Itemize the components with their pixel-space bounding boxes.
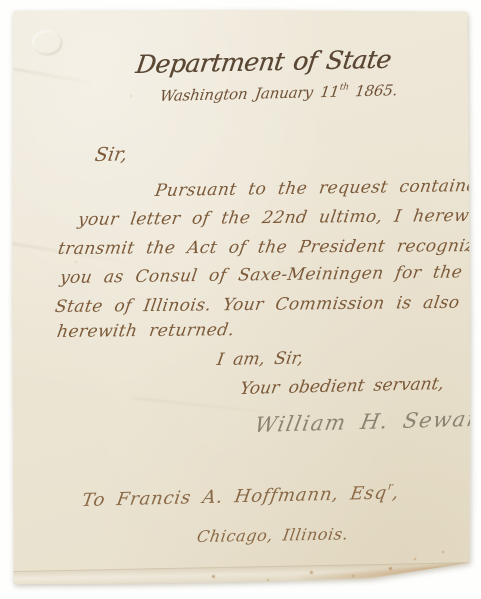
- body-line: your letter of the 22nd ultimo, I herewi…: [77, 208, 481, 229]
- body-line: herewith returned.: [56, 322, 236, 341]
- embossed-seal: [32, 30, 62, 55]
- dateline-place-day: Washington January 11: [159, 83, 341, 105]
- foxing-spot: [267, 579, 269, 581]
- foxing-spot: [389, 567, 392, 570]
- letter-photo: Department of State Washington January 1…: [0, 0, 481, 599]
- closing-line: Your obedient servant,: [239, 376, 445, 398]
- dateline-year: 1865.: [354, 81, 399, 100]
- paper-crease: [8, 67, 92, 84]
- recipient-name-text: To Francis A. Hoffmann, Esq: [80, 483, 388, 511]
- foxing-spot: [75, 261, 77, 263]
- foxing-spot: [310, 571, 313, 574]
- dateline-ordinal: th: [339, 82, 349, 92]
- recipient-name: To Francis A. Hoffmann, Esqr,: [81, 484, 401, 510]
- body-line: you as Consul of Saxe-Meiningen for the: [59, 264, 464, 287]
- recipient-city: Chicago, Illinois.: [196, 526, 350, 545]
- foxing-spot: [130, 95, 132, 97]
- letter-dateline: Washington January 11th1865.: [159, 83, 398, 104]
- closing-line: I am, Sir,: [216, 351, 305, 369]
- signature: William H. Seward: [253, 408, 481, 436]
- letter-paper: Department of State Washington January 1…: [12, 9, 471, 587]
- paper-fold-edge: [12, 562, 480, 587]
- body-line: transmit the Act of the President recogn…: [57, 238, 481, 258]
- foxing-spot: [352, 575, 354, 577]
- foxing-spot: [212, 575, 215, 578]
- body-line: State of Illinois. Your Commission is al…: [54, 295, 461, 316]
- foxing-spot: [442, 551, 444, 553]
- photo-background: { "colors": { "background": "#fefefd", "…: [0, 0, 481, 599]
- letter-heading: Department of State: [134, 47, 392, 77]
- salutation: Sir,: [93, 145, 128, 165]
- foxing-spot: [414, 558, 416, 560]
- body-line: Pursuant to the request contained in: [154, 177, 481, 200]
